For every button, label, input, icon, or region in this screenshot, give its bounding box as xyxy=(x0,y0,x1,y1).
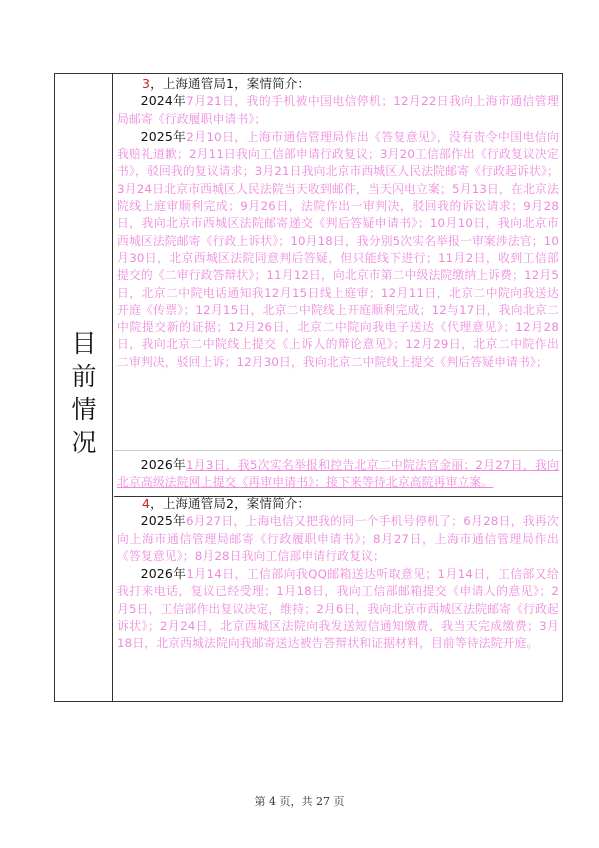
year-label: 2026年 xyxy=(141,566,187,581)
paragraph-2025: 2025年6月27日，上海电信又把我的同一个手机号停机了；6月28日，我再次向上… xyxy=(117,512,559,565)
status-table: 目前情况 3，上海通管局1，案情简介： 2024年7月21日，我的手机被中国电信… xyxy=(54,73,563,702)
year-label: 2025年 xyxy=(141,129,187,144)
current-status-label: 目前情况 xyxy=(55,327,113,459)
case-heading-text: ，上海通管局1，案情简介： xyxy=(150,76,310,91)
case-number: 3 xyxy=(142,76,150,91)
label-text: 目前情况 xyxy=(55,327,113,459)
year-label: 2025年 xyxy=(141,513,186,528)
case-number: 4 xyxy=(142,496,150,511)
content-cell: 3，上海通管局1，案情简介： 2024年7月21日，我的手机被中国电信停机；12… xyxy=(114,74,562,701)
page-footer: 第 4 页，共 27 页 xyxy=(0,793,599,809)
paragraph-2026: 2026年1月14日，工信部向我QQ邮箱送达听取意见；1月14日，工信部又给我打… xyxy=(117,565,559,652)
paragraph-2025: 2025年2月10日，上海市通信管理局作出《答复意见》，没有责令中国电信向我赔礼… xyxy=(117,128,559,371)
year-label: 2026年 xyxy=(141,457,186,472)
paragraph-text: 2月10日，上海市通信管理局作出《答复意见》，没有责令中国电信向我赔礼道歉；2月… xyxy=(117,130,559,369)
label-char: 前 xyxy=(55,360,113,393)
case-heading: 3，上海通管局1，案情简介： xyxy=(117,75,559,92)
case-heading-text: ，上海通管局2，案情简介： xyxy=(150,496,310,511)
case-section-4: 4，上海通管局2，案情简介： 2025年6月27日，上海电信又把我的同一个手机号… xyxy=(114,495,562,653)
label-char: 况 xyxy=(55,426,113,459)
label-cell: 目前情况 xyxy=(55,74,113,701)
paragraph-2026: 2026年1月3日，我5次实名举报和控告北京二中院法官金丽；2月27日，我向北京… xyxy=(117,456,559,492)
paragraph-2024: 2024年7月21日，我的手机被中国电信停机；12月22日我向上海市通信管理局邮… xyxy=(117,92,559,128)
label-char: 情 xyxy=(55,393,113,426)
case-section-3: 3，上海通管局1，案情简介： 2024年7月21日，我的手机被中国电信停机；12… xyxy=(114,75,562,371)
year-label: 2024年 xyxy=(141,93,187,108)
case-section-3-2026: 2026年1月3日，我5次实名举报和控告北京二中院法官金丽；2月27日，我向北京… xyxy=(114,450,562,492)
label-char: 目 xyxy=(55,327,113,360)
case-heading: 4，上海通管局2，案情简介： xyxy=(117,495,559,512)
